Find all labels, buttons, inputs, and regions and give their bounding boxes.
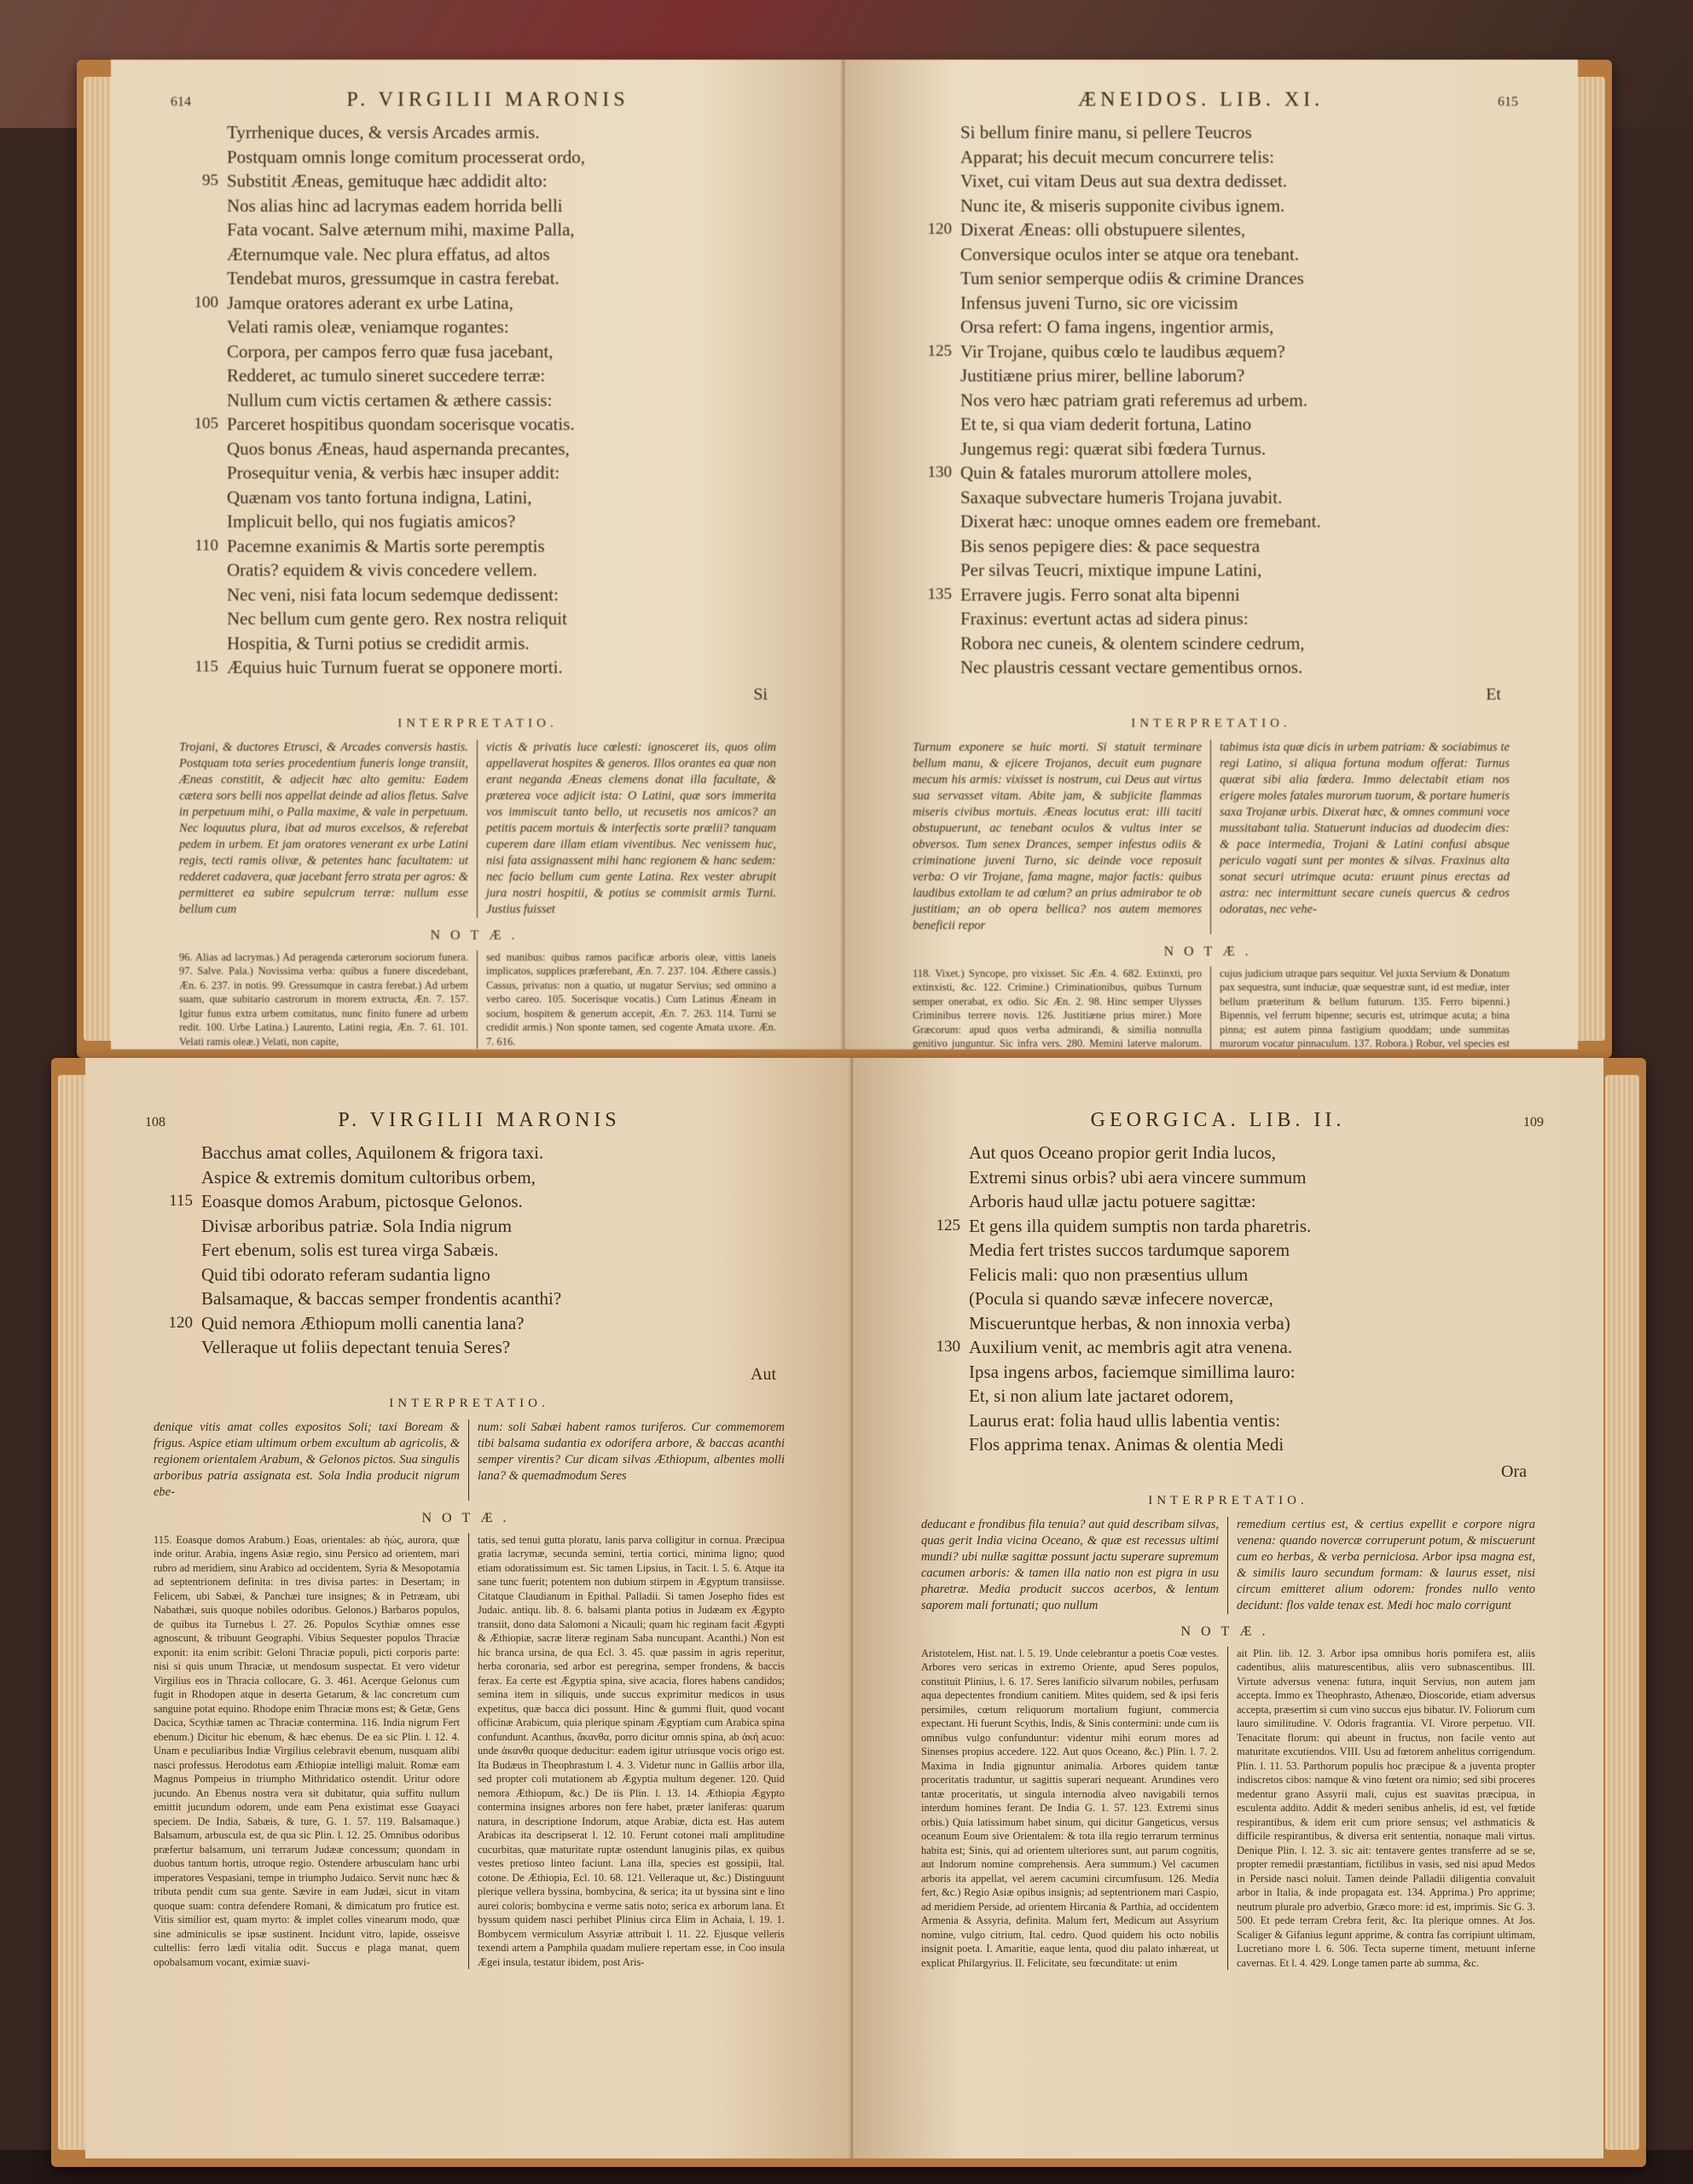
page-header-title: P. VIRGILII MARONIS <box>165 1109 793 1132</box>
bottom-book: 108 P. VIRGILII MARONIS Bacchus amat col… <box>51 1058 1646 2167</box>
line-number <box>171 583 227 607</box>
top-book-right-page: ÆNEIDOS. LIB. XI. 615 Si bellum finire m… <box>844 60 1578 1049</box>
interpretatio-heading: INTERPRETATIO. <box>904 717 1518 731</box>
line-number <box>171 461 227 485</box>
verse-block: Tyrrhenique duces, & versis Arcades armi… <box>171 120 785 680</box>
verse-text: Tendebat muros, gressumque in castra fer… <box>227 266 560 291</box>
verse-line: Balsamaque, & baccas semper frondentis a… <box>145 1287 793 1311</box>
line-number <box>913 1360 969 1385</box>
catchword: Si <box>171 685 785 705</box>
verse-text: Laurus erat: folia haud ullis labentia v… <box>969 1409 1280 1433</box>
line-number <box>904 631 960 656</box>
notae-col-left: Aristotelem, Hist. nat. l. 5. 19. Unde c… <box>913 1647 1228 1971</box>
line-number <box>171 485 227 510</box>
verse-text: Corpora, per campos ferro quæ fusa jaceb… <box>227 340 554 364</box>
verse-text: Parceret hospitibus quondam socerisque v… <box>227 412 575 437</box>
verse-text: Postquam omnis longe comitum processerat… <box>227 145 585 170</box>
interpretatio-heading: INTERPRETATIO. <box>913 1494 1544 1508</box>
page-number: 614 <box>171 95 191 110</box>
line-number <box>913 1384 969 1409</box>
line-number: 115 <box>145 1189 201 1214</box>
notae-col-left: 96. Alias ad lacrymas.) Ad peragenda cæt… <box>171 950 478 1049</box>
line-number: 120 <box>904 218 960 242</box>
line-number <box>904 315 960 340</box>
verse-line: Redderet, ac tumulo sineret succedere te… <box>171 363 785 388</box>
verse-line: Justitiæne prius mirer, belline laborum? <box>904 363 1518 388</box>
line-number <box>904 558 960 583</box>
line-number <box>171 242 227 267</box>
verse-text: Quid nemora Æthiopum molli canentia lana… <box>201 1311 524 1336</box>
interpretatio-col-left: denique vitis amat colles expositos Soli… <box>145 1420 469 1501</box>
verse-text: Flos apprima tenax. Animas & olentia Med… <box>969 1432 1284 1457</box>
page-number: 615 <box>1498 95 1518 110</box>
verse-line: Quænam vos tanto fortuna indigna, Latini… <box>171 485 785 510</box>
verse-text: Arboris haud ullæ jactu potuere sagittæ: <box>969 1189 1256 1214</box>
notae-columns: Aristotelem, Hist. nat. l. 5. 19. Unde c… <box>913 1647 1544 1971</box>
verse-line: Nec bellum cum gente gero. Rex nostra re… <box>171 607 785 631</box>
verse-text: Nec veni, nisi fata locum sedemque dedis… <box>227 583 559 607</box>
line-number <box>904 534 960 559</box>
verse-text: Conversique oculos inter se atque ora te… <box>960 242 1299 267</box>
verse-text: Substitit Æneas, gemituque hæc addidit a… <box>227 169 548 194</box>
line-number <box>913 1409 969 1433</box>
line-number <box>171 315 227 340</box>
line-number: 125 <box>904 340 960 364</box>
catchword: Aut <box>145 1365 793 1385</box>
verse-line: 115Eoasque domos Arabum, pictosque Gelon… <box>145 1189 793 1214</box>
verse-text: Velleraque ut foliis depectant tenuia Se… <box>201 1335 510 1360</box>
verse-text: Auxilium venit, ac membris agit atra ven… <box>969 1335 1292 1360</box>
line-number <box>904 120 960 145</box>
line-number <box>145 1165 201 1190</box>
verse-line: Si bellum finire manu, si pellere Teucro… <box>904 120 1518 145</box>
verse-text: Nec plaustris cessant vectare gementibus… <box>960 655 1302 680</box>
verse-line: Velati ramis oleæ, veniamque rogantes: <box>171 315 785 340</box>
verse-line: Apparat; his decuit mecum concurrere tel… <box>904 145 1518 170</box>
verse-line: (Pocula si quando sævæ infecere novercæ, <box>913 1287 1544 1311</box>
verse-line: Hospitia, & Turni potius se credidit arm… <box>171 631 785 656</box>
catchword: Et <box>904 685 1518 705</box>
verse-line: Nos vero hæc patriam grati referemus ad … <box>904 388 1518 413</box>
verse-line: Nunc ite, & miseris supponite civibus ig… <box>904 194 1518 218</box>
verse-line: 120Dixerat Æneas: olli obstupuere silent… <box>904 218 1518 242</box>
verse-text: Tyrrhenique duces, & versis Arcades armi… <box>227 120 540 145</box>
verse-line: 115Æquius huic Turnum fuerat se opponere… <box>171 655 785 680</box>
line-number <box>904 291 960 316</box>
verse-text: Æquius huic Turnum fuerat se opponere mo… <box>227 655 563 680</box>
line-number: 120 <box>145 1311 201 1336</box>
line-number <box>904 607 960 631</box>
line-number <box>904 655 960 680</box>
verse-line: 125Et gens illa quidem sumptis non tarda… <box>913 1214 1544 1239</box>
line-number <box>913 1189 969 1214</box>
line-number <box>904 266 960 291</box>
verse-text: Prosequitur venia, & verbis hæc insuper … <box>227 461 560 485</box>
verse-text: Aut quos Oceano propior gerit India luco… <box>969 1141 1276 1165</box>
verse-text: Pacemne exanimis & Martis sorte perempti… <box>227 534 545 559</box>
verse-text: Ipsa ingens arbos, faciemque simillima l… <box>969 1360 1296 1385</box>
verse-text: Infensus juveni Turno, sic ore vicissim <box>960 291 1238 316</box>
line-number <box>904 509 960 534</box>
notae-col-right: sed manibus: quibus ramos pacificæ arbor… <box>478 950 785 1049</box>
interpretatio-columns: Turnum exponere se huic morti. Si statui… <box>904 740 1518 934</box>
interpretatio-col-left: deducant e frondibus fila tenuia? aut qu… <box>913 1517 1228 1614</box>
line-number <box>171 120 227 145</box>
interpretatio-columns: deducant e frondibus fila tenuia? aut qu… <box>913 1517 1544 1614</box>
notae-heading: NOTÆ. <box>145 1511 793 1526</box>
notae-col-right: cujus judicium utraque pars sequitur. Ve… <box>1211 967 1518 1050</box>
verse-text: Eoasque domos Arabum, pictosque Gelonos. <box>201 1189 523 1214</box>
verse-text: Fert ebenum, solis est turea virga Sabæi… <box>201 1238 498 1263</box>
verse-line: Quos bonus Æneas, haud aspernanda precan… <box>171 437 785 462</box>
verse-text: Quin & fatales murorum attollere moles, <box>960 461 1252 485</box>
line-number <box>904 485 960 510</box>
verse-line: Flos apprima tenax. Animas & olentia Med… <box>913 1432 1544 1457</box>
verse-line: Saxaque subvectare humeris Trojana juvab… <box>904 485 1518 510</box>
line-number <box>904 363 960 388</box>
verse-line: Nec plaustris cessant vectare gementibus… <box>904 655 1518 680</box>
verse-line: Fraxinus: evertunt actas ad sidera pinus… <box>904 607 1518 631</box>
verse-text: Dixerat hæc: unoque omnes eadem ore frem… <box>960 509 1321 534</box>
verse-text: Tum senior semperque odiis & crimine Dra… <box>960 266 1304 291</box>
line-number: 130 <box>904 461 960 485</box>
notae-col-left: 118. Vixet.) Syncope, pro vixisset. Sic … <box>904 967 1211 1050</box>
verse-text: Æternumque vale. Nec plura effatus, ad a… <box>227 242 550 267</box>
verse-line: 100Jamque oratores aderant ex urbe Latin… <box>171 291 785 316</box>
line-number <box>145 1287 201 1311</box>
verse-text: Vixet, cui vitam Deus aut sua dextra ded… <box>960 169 1287 194</box>
verse-line: Et, si non alium late jactaret odorem, <box>913 1384 1544 1409</box>
verse-text: Jamque oratores aderant ex urbe Latina, <box>227 291 513 316</box>
verse-text: Nullum cum victis certamen & æthere cass… <box>227 388 552 413</box>
verse-line: Velleraque ut foliis depectant tenuia Se… <box>145 1335 793 1360</box>
line-number <box>913 1141 969 1165</box>
verse-text: Miscueruntque herbas, & non innoxia verb… <box>969 1311 1290 1336</box>
running-head: ÆNEIDOS. LIB. XI. 615 <box>904 89 1518 112</box>
verse-text: Media fert tristes succos tardumque sapo… <box>969 1238 1290 1263</box>
line-number: 100 <box>171 291 227 316</box>
notae-col-left: 115. Eoasque domos Arabum.) Eoas, orient… <box>145 1533 469 1970</box>
verse-text: Vir Trojane, quibus cœlo te laudibus æqu… <box>960 340 1285 364</box>
verse-line: Orsa refert: O fama ingens, ingentior ar… <box>904 315 1518 340</box>
verse-line: Postquam omnis longe comitum processerat… <box>171 145 785 170</box>
verse-text: Hospitia, & Turni potius se credidit arm… <box>227 631 530 656</box>
line-number <box>913 1432 969 1457</box>
verse-line: Miscueruntque herbas, & non innoxia verb… <box>913 1311 1544 1336</box>
verse-line: Corpora, per campos ferro quæ fusa jaceb… <box>171 340 785 364</box>
verse-line: 105Parceret hospitibus quondam socerisqu… <box>171 412 785 437</box>
verse-text: Fraxinus: evertunt actas ad sidera pinus… <box>960 607 1249 631</box>
verse-text: Quænam vos tanto fortuna indigna, Latini… <box>227 485 532 510</box>
verse-line: Fata vocant. Salve æternum mihi, maxime … <box>171 218 785 242</box>
verse-text: Nos alias hinc ad lacrymas eadem horrida… <box>227 194 563 218</box>
verse-line: Fert ebenum, solis est turea virga Sabæi… <box>145 1238 793 1263</box>
line-number: 110 <box>171 534 227 559</box>
notae-heading: NOTÆ. <box>171 928 785 944</box>
verse-line: 130Auxilium venit, ac membris agit atra … <box>913 1335 1544 1360</box>
verse-line: Ipsa ingens arbos, faciemque simillima l… <box>913 1360 1544 1385</box>
line-number <box>145 1263 201 1287</box>
verse-text: Et gens illa quidem sumptis non tarda ph… <box>969 1214 1311 1239</box>
verse-text: Justitiæne prius mirer, belline laborum? <box>960 363 1244 388</box>
verse-block: Si bellum finire manu, si pellere Teucro… <box>904 120 1518 680</box>
verse-text: Extremi sinus orbis? ubi aera vincere su… <box>969 1165 1306 1190</box>
interpretatio-col-right: victis & privatis luce cœlesti: ignoscer… <box>478 740 785 918</box>
interpretatio-heading: INTERPRETATIO. <box>145 1397 793 1411</box>
verse-line: 135Erravere jugis. Ferro sonat alta bipe… <box>904 583 1518 607</box>
verse-text: Si bellum finire manu, si pellere Teucro… <box>960 120 1252 145</box>
top-book-left-page: 614 P. VIRGILII MARONIS Tyrrhenique duce… <box>111 60 844 1049</box>
running-head: GEORGICA. LIB. II. 109 <box>913 1109 1544 1132</box>
verse-line: Arboris haud ullæ jactu potuere sagittæ: <box>913 1189 1544 1214</box>
verse-line: Æternumque vale. Nec plura effatus, ad a… <box>171 242 785 267</box>
verse-line: Bacchus amat colles, Aquilonem & frigora… <box>145 1141 793 1165</box>
verse-block: Aut quos Oceano propior gerit India luco… <box>913 1141 1544 1457</box>
interpretatio-heading: INTERPRETATIO. <box>171 717 785 731</box>
line-number <box>171 631 227 656</box>
verse-text: Orsa refert: O fama ingens, ingentior ar… <box>960 315 1273 340</box>
notae-heading: NOTÆ. <box>913 1624 1544 1640</box>
line-number <box>904 145 960 170</box>
verse-text: Nos vero hæc patriam grati referemus ad … <box>960 388 1307 413</box>
verse-line: Laurus erat: folia haud ullis labentia v… <box>913 1409 1544 1433</box>
line-number <box>171 340 227 364</box>
page-header-title: GEORGICA. LIB. II. <box>913 1109 1523 1132</box>
verse-line: Divisæ arboribus patriæ. Sola India nigr… <box>145 1214 793 1239</box>
line-number: 115 <box>171 655 227 680</box>
verse-text: Robora nec cuneis, & olentem scindere ce… <box>960 631 1305 656</box>
verse-line: Implicuit bello, qui nos fugiatis amicos… <box>171 509 785 534</box>
verse-line: Nos alias hinc ad lacrymas eadem horrida… <box>171 194 785 218</box>
line-number <box>171 218 227 242</box>
interpretatio-col-left: Turnum exponere se huic morti. Si statui… <box>904 740 1211 934</box>
verse-text: Et te, si qua viam dederit fortuna, Lati… <box>960 412 1251 437</box>
line-number <box>171 194 227 218</box>
catchword: Ora <box>913 1462 1544 1482</box>
page-number: 108 <box>145 1115 165 1130</box>
verse-line: Prosequitur venia, & verbis hæc insuper … <box>171 461 785 485</box>
notae-columns: 96. Alias ad lacrymas.) Ad peragenda cæt… <box>171 950 785 1049</box>
line-number <box>904 437 960 462</box>
verse-text: Erravere jugis. Ferro sonat alta bipenni <box>960 583 1240 607</box>
notae-col-right: tatis, sed tenui gutta ploratu, lanis pa… <box>469 1533 793 1970</box>
line-number <box>171 509 227 534</box>
line-number <box>145 1335 201 1360</box>
verse-line: Tum senior semperque odiis & crimine Dra… <box>904 266 1518 291</box>
verse-line: Nullum cum victis certamen & æthere cass… <box>171 388 785 413</box>
verse-text: Fata vocant. Salve æternum mihi, maxime … <box>227 218 575 242</box>
notae-heading: NOTÆ. <box>904 944 1518 960</box>
line-number <box>913 1165 969 1190</box>
verse-text: Per silvas Teucri, mixtique impune Latin… <box>960 558 1261 583</box>
interpretatio-col-right: num: soli Sabæi habent ramos turiferos. … <box>469 1420 793 1501</box>
verse-line: Aut quos Oceano propior gerit India luco… <box>913 1141 1544 1165</box>
line-number <box>145 1238 201 1263</box>
verse-line: Quid tibi odorato referam sudantia ligno <box>145 1263 793 1287</box>
verse-line: Et te, si qua viam dederit fortuna, Lati… <box>904 412 1518 437</box>
verse-text: Balsamaque, & baccas semper frondentis a… <box>201 1287 561 1311</box>
line-number: 125 <box>913 1214 969 1239</box>
verse-line: 125Vir Trojane, quibus cœlo te laudibus … <box>904 340 1518 364</box>
interpretatio-columns: denique vitis amat colles expositos Soli… <box>145 1420 793 1501</box>
verse-text: Dixerat Æneas: olli obstupuere silentes, <box>960 218 1245 242</box>
verse-line: Oratis? equidem & vivis concedere vellem… <box>171 558 785 583</box>
verse-text: Implicuit bello, qui nos fugiatis amicos… <box>227 509 515 534</box>
verse-text: Quos bonus Æneas, haud aspernanda precan… <box>227 437 570 462</box>
verse-text: Jungemus regi: quærat sibi fœdera Turnus… <box>960 437 1266 462</box>
interpretatio-col-left: Trojani, & ductores Etrusci, & Arcades c… <box>171 740 478 918</box>
verse-line: Robora nec cuneis, & olentem scindere ce… <box>904 631 1518 656</box>
verse-line: Per silvas Teucri, mixtique impune Latin… <box>904 558 1518 583</box>
verse-text: Velati ramis oleæ, veniamque rogantes: <box>227 315 509 340</box>
verse-text: Bis senos pepigere dies: & pace sequestr… <box>960 534 1260 559</box>
verse-text: Redderet, ac tumulo sineret succedere te… <box>227 363 545 388</box>
verse-line: Extremi sinus orbis? ubi aera vincere su… <box>913 1165 1544 1190</box>
page-header-title: ÆNEIDOS. LIB. XI. <box>904 89 1498 112</box>
verse-line: Media fert tristes succos tardumque sapo… <box>913 1238 1544 1263</box>
verse-line: Aspice & extremis domitum cultoribus orb… <box>145 1165 793 1190</box>
line-number <box>913 1287 969 1311</box>
notae-col-right: ait Plin. lib. 12. 3. Arbor ipsa omnibus… <box>1228 1647 1544 1971</box>
verse-text: Nec bellum cum gente gero. Rex nostra re… <box>227 607 567 631</box>
verse-line: Conversique oculos inter se atque ora te… <box>904 242 1518 267</box>
line-number <box>171 607 227 631</box>
verse-text: Divisæ arboribus patriæ. Sola India nigr… <box>201 1214 512 1239</box>
interpretatio-columns: Trojani, & ductores Etrusci, & Arcades c… <box>171 740 785 918</box>
running-head: 614 P. VIRGILII MARONIS <box>171 89 785 112</box>
verse-line: Tendebat muros, gressumque in castra fer… <box>171 266 785 291</box>
line-number <box>145 1214 201 1239</box>
verse-text: Nunc ite, & miseris supponite civibus ig… <box>960 194 1284 218</box>
verse-line: 120Quid nemora Æthiopum molli canentia l… <box>145 1311 793 1336</box>
verse-line: Bis senos pepigere dies: & pace sequestr… <box>904 534 1518 559</box>
page-number: 109 <box>1523 1115 1544 1130</box>
verse-text: Aspice & extremis domitum cultoribus orb… <box>201 1165 536 1190</box>
verse-text: Quid tibi odorato referam sudantia ligno <box>201 1263 490 1287</box>
verse-line: Dixerat hæc: unoque omnes eadem ore frem… <box>904 509 1518 534</box>
line-number <box>171 363 227 388</box>
page-edges-right <box>1605 1075 1639 2150</box>
verse-text: Oratis? equidem & vivis concedere vellem… <box>227 558 537 583</box>
verse-line: Vixet, cui vitam Deus aut sua dextra ded… <box>904 169 1518 194</box>
verse-text: Bacchus amat colles, Aquilonem & frigora… <box>201 1141 543 1165</box>
verse-text: (Pocula si quando sævæ infecere novercæ, <box>969 1287 1273 1311</box>
line-number <box>171 437 227 462</box>
line-number: 130 <box>913 1335 969 1360</box>
top-book: 614 P. VIRGILII MARONIS Tyrrhenique duce… <box>77 60 1612 1058</box>
line-number: 135 <box>904 583 960 607</box>
verse-line: 95Substitit Æneas, gemituque hæc addidit… <box>171 169 785 194</box>
line-number <box>171 145 227 170</box>
notae-columns: 118. Vixet.) Syncope, pro vixisset. Sic … <box>904 967 1518 1050</box>
line-number: 105 <box>171 412 227 437</box>
interpretatio-col-right: tabimus ista quæ dicis in urbem patriam:… <box>1211 740 1518 934</box>
verse-line: Felicis mali: quo non præsentius ullum <box>913 1263 1544 1287</box>
line-number <box>904 412 960 437</box>
line-number <box>171 266 227 291</box>
verse-block: Bacchus amat colles, Aquilonem & frigora… <box>145 1141 793 1360</box>
page-header-title: P. VIRGILII MARONIS <box>191 89 785 112</box>
running-head: 108 P. VIRGILII MARONIS <box>145 1109 793 1132</box>
interpretatio-col-right: remedium certius est, & certius expellit… <box>1228 1517 1544 1614</box>
verse-line: Infensus juveni Turno, sic ore vicissim <box>904 291 1518 316</box>
verse-line: 130Quin & fatales murorum attollere mole… <box>904 461 1518 485</box>
notae-columns: 115. Eoasque domos Arabum.) Eoas, orient… <box>145 1533 793 1970</box>
verse-text: Saxaque subvectare humeris Trojana juvab… <box>960 485 1282 510</box>
verse-text: Et, si non alium late jactaret odorem, <box>969 1384 1233 1409</box>
verse-line: Tyrrhenique duces, & versis Arcades armi… <box>171 120 785 145</box>
line-number <box>913 1238 969 1263</box>
line-number <box>904 169 960 194</box>
line-number <box>913 1263 969 1287</box>
verse-text: Felicis mali: quo non præsentius ullum <box>969 1263 1248 1287</box>
line-number <box>904 194 960 218</box>
bottom-book-right-page: GEORGICA. LIB. II. 109 Aut quos Oceano p… <box>853 1058 1603 2158</box>
line-number <box>904 242 960 267</box>
line-number <box>171 558 227 583</box>
line-number <box>171 388 227 413</box>
verse-line: Nec veni, nisi fata locum sedemque dedis… <box>171 583 785 607</box>
bottom-book-left-page: 108 P. VIRGILII MARONIS Bacchus amat col… <box>85 1058 853 2158</box>
line-number <box>913 1311 969 1336</box>
verse-line: 110Pacemne exanimis & Martis sorte perem… <box>171 534 785 559</box>
line-number <box>904 388 960 413</box>
line-number: 95 <box>171 169 227 194</box>
verse-text: Apparat; his decuit mecum concurrere tel… <box>960 145 1274 170</box>
line-number <box>145 1141 201 1165</box>
verse-line: Jungemus regi: quærat sibi fœdera Turnus… <box>904 437 1518 462</box>
